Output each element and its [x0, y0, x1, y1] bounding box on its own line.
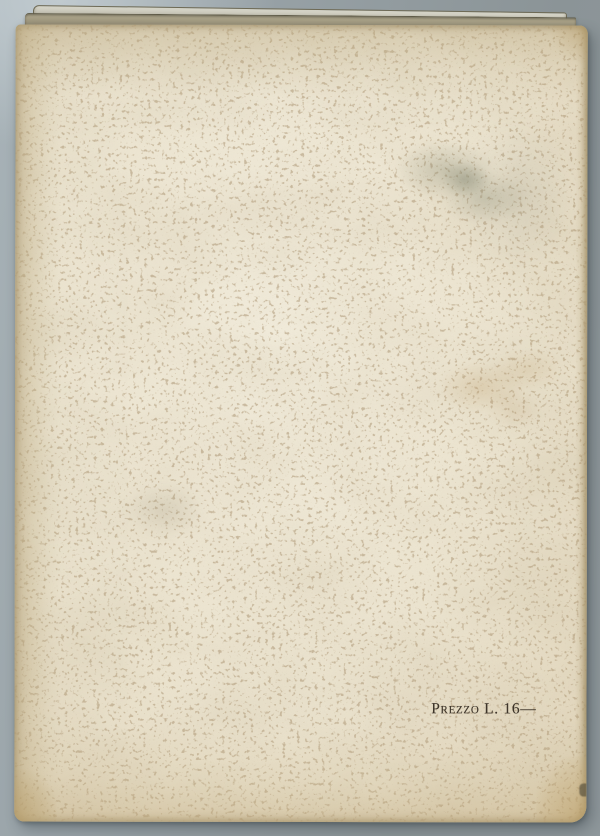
back-cover: Prezzo L. 16— — [14, 25, 587, 823]
top-wear-band — [16, 25, 588, 98]
price-text: Prezzo L. 16— — [431, 700, 536, 718]
corner-wear-top-right — [550, 25, 588, 64]
bottom-wear-band — [14, 727, 586, 823]
spine-wear-band — [14, 25, 61, 822]
faded-tan-stain — [443, 337, 569, 445]
scan-background: Prezzo L. 16— — [0, 0, 600, 836]
corner-wear-bottom-left — [14, 769, 56, 822]
left-smudge-stain — [103, 465, 223, 555]
edge-damage-notch — [579, 783, 586, 796]
green-smudge-stain — [395, 127, 535, 245]
